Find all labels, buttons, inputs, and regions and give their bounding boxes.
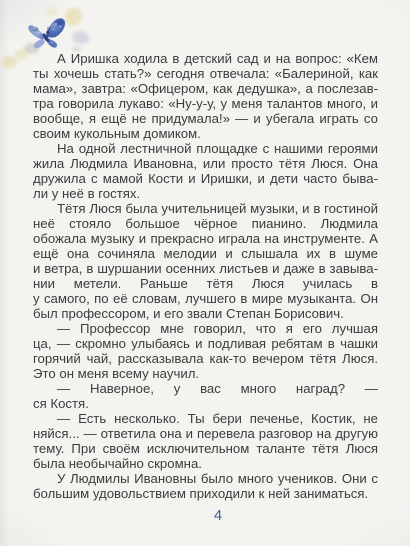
page-number: 4 bbox=[0, 508, 410, 524]
watercolor-blob bbox=[2, 56, 17, 68]
text-line: была необычайно скромна. bbox=[33, 456, 378, 471]
text-line: обожала музыку и прекрасно играла на инс… bbox=[33, 231, 378, 246]
text-line: — Есть несколько. Ты бери печенье, Кости… bbox=[33, 411, 378, 426]
text-line: ли у неё в гостях. bbox=[33, 186, 378, 201]
text-line: ты хочешь стать?» сегодня отвечала: «Бал… bbox=[33, 66, 378, 81]
text-line: у самого, по её словам, лучшего в мире м… bbox=[33, 291, 378, 306]
paragraph: У Людмилы Ивановны было много учеников. … bbox=[33, 471, 378, 501]
text-line: тему. При своём исключительном таланте т… bbox=[33, 441, 378, 456]
watercolor-blob bbox=[72, 31, 89, 44]
book-page: А Иришка ходила в детский сад и на вопро… bbox=[0, 0, 410, 546]
text-line: вообще, я ещё не придумала!» — и убегала… bbox=[33, 111, 378, 126]
text-line: жила Людмила Ивановна, или просто тётя Л… bbox=[33, 156, 378, 171]
text-block: А Иришка ходила в детский сад и на вопро… bbox=[33, 51, 378, 501]
text-line: большим удовольствием приходили к ней за… bbox=[33, 486, 378, 501]
text-line: няйся... — ответила она и перевела разго… bbox=[33, 426, 378, 441]
text-line: неё стояло большое чёрное пианино. Людми… bbox=[33, 216, 378, 231]
text-line: мама», завтра: «Офицером, как дедушка», … bbox=[33, 81, 378, 96]
text-line: тра говорила лукаво: «Ну-у-у, у меня тал… bbox=[33, 96, 378, 111]
text-line: Тётя Люся была учительницей музыки, и в … bbox=[33, 201, 378, 216]
butterfly-icon bbox=[22, 13, 72, 56]
text-line: А Иришка ходила в детский сад и на вопро… bbox=[33, 51, 378, 66]
text-line: — Наверное, у вас много наград? — поинте… bbox=[33, 381, 378, 396]
paragraph: — Есть несколько. Ты бери печенье, Кости… bbox=[33, 411, 378, 471]
paragraph: А Иришка ходила в детский сад и на вопро… bbox=[33, 51, 378, 141]
paragraph: На одной лестничной площадке с нашими ге… bbox=[33, 141, 378, 201]
paragraph: Тётя Люся была учительницей музыки, и в … bbox=[33, 201, 378, 321]
text-line: ся Костя. bbox=[33, 396, 378, 411]
text-line: дружила с мамой Кости и Иришки, и дети ч… bbox=[33, 171, 378, 186]
text-line: ещё она сочиняла мелодии и слышала их в … bbox=[33, 246, 378, 261]
text-line: нии метели. Раньше тётя Люся училась в к… bbox=[33, 276, 378, 291]
text-line: — Профессор мне говорил, что я его лучша… bbox=[33, 321, 378, 336]
text-line: Это он меня всему научил. bbox=[33, 366, 378, 381]
text-line: У Людмилы Ивановны было много учеников. … bbox=[33, 471, 378, 486]
text-line: горячий чай, рассказывала как-то вечером… bbox=[33, 351, 378, 366]
text-line: своим кукольным домиком. bbox=[33, 126, 378, 141]
paragraph: — Наверное, у вас много наград? — поинте… bbox=[33, 381, 378, 411]
text-line: и ветра, в шуршании осенних листьев и да… bbox=[33, 261, 378, 276]
text-line: был профессором, и его звали Степан Бори… bbox=[33, 306, 378, 321]
paragraph: — Профессор мне говорил, что я его лучша… bbox=[33, 321, 378, 381]
text-line: ца, — скромно улыбаясь и подливая ребята… bbox=[33, 336, 378, 351]
text-line: На одной лестничной площадке с нашими ге… bbox=[33, 141, 378, 156]
